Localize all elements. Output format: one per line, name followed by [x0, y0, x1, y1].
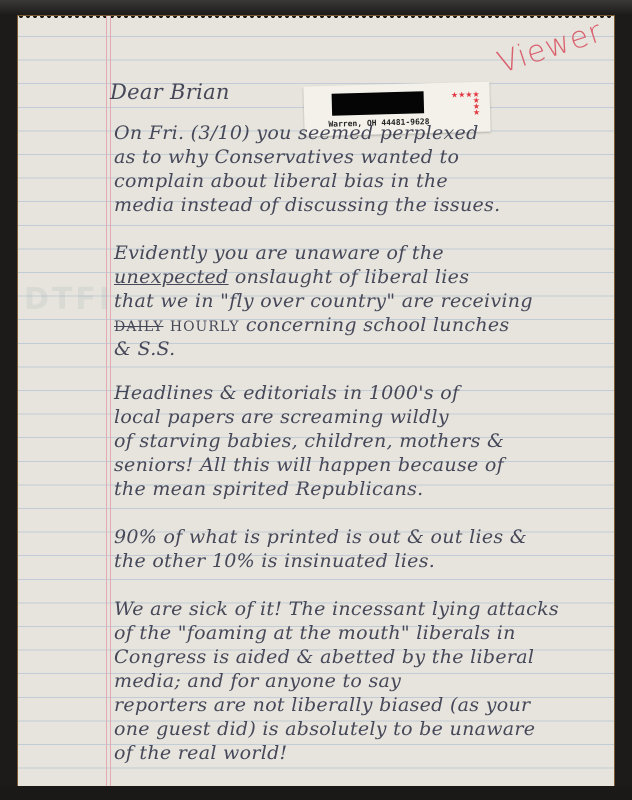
letter-line: one guest did) is absolutely to be unawa… [114, 718, 535, 740]
letter-line: On Fri. (3/10) you seemed perplexed [114, 122, 479, 144]
letter-line: the other 10% is insinuated lies. [114, 550, 435, 572]
letter-line: DAILY HOURLY concerning school lunches [114, 314, 509, 336]
scan-frame-top [0, 0, 632, 16]
red-annotation: Viewer [493, 16, 607, 81]
letter-page: DTFI Viewer Dear Brian Warren, OH 44481-… [18, 16, 614, 786]
letter-line: seniors! All this will happen because of [114, 454, 504, 476]
letter-line: complain about liberal bias in the [114, 170, 448, 192]
letter-line: as to why Conservatives wanted to [114, 146, 459, 168]
underlined-word: unexpected [114, 266, 229, 288]
letter-line: that we in "fly over country" are receiv… [114, 290, 533, 312]
letter-line: unexpected onslaught of liberal lies [114, 266, 469, 288]
greeting: Dear Brian [110, 80, 230, 104]
letter-line: media instead of discussing the issues. [114, 194, 500, 216]
letter-line: We are sick of it! The incessant lying a… [114, 598, 559, 620]
letter-line: reporters are not liberally biased (as y… [114, 694, 530, 716]
letter-line: of starving babies, children, mothers & [114, 430, 504, 452]
letter-line: the mean spirited Republicans. [114, 478, 424, 500]
perforated-edge [18, 16, 614, 20]
letter-line: 90% of what is printed is out & out lies… [114, 526, 527, 548]
letter-line: local papers are screaming wildly [114, 406, 449, 428]
letter-line: media; and for anyone to say [114, 670, 401, 692]
letter-line: & S.S. [114, 338, 176, 360]
caps-word: HOURLY [170, 319, 240, 335]
bleed-through-text: DTFI [24, 282, 113, 317]
letter-line: Congress is aided & abetted by the liber… [114, 646, 534, 668]
letter-line: Evidently you are unaware of the [114, 242, 444, 264]
letter-line: of the "foaming at the mouth" liberals i… [114, 622, 516, 644]
margin-line [106, 16, 107, 786]
star-decoration-icon: ★★★★★★★ [451, 92, 480, 117]
redacted-name [332, 91, 425, 115]
scan-frame-bottom [0, 786, 632, 800]
struck-word: DAILY [114, 319, 164, 335]
letter-line: Headlines & editorials in 1000's of [114, 382, 459, 404]
letter-line: of the real world! [114, 742, 288, 764]
margin-line [110, 16, 111, 786]
